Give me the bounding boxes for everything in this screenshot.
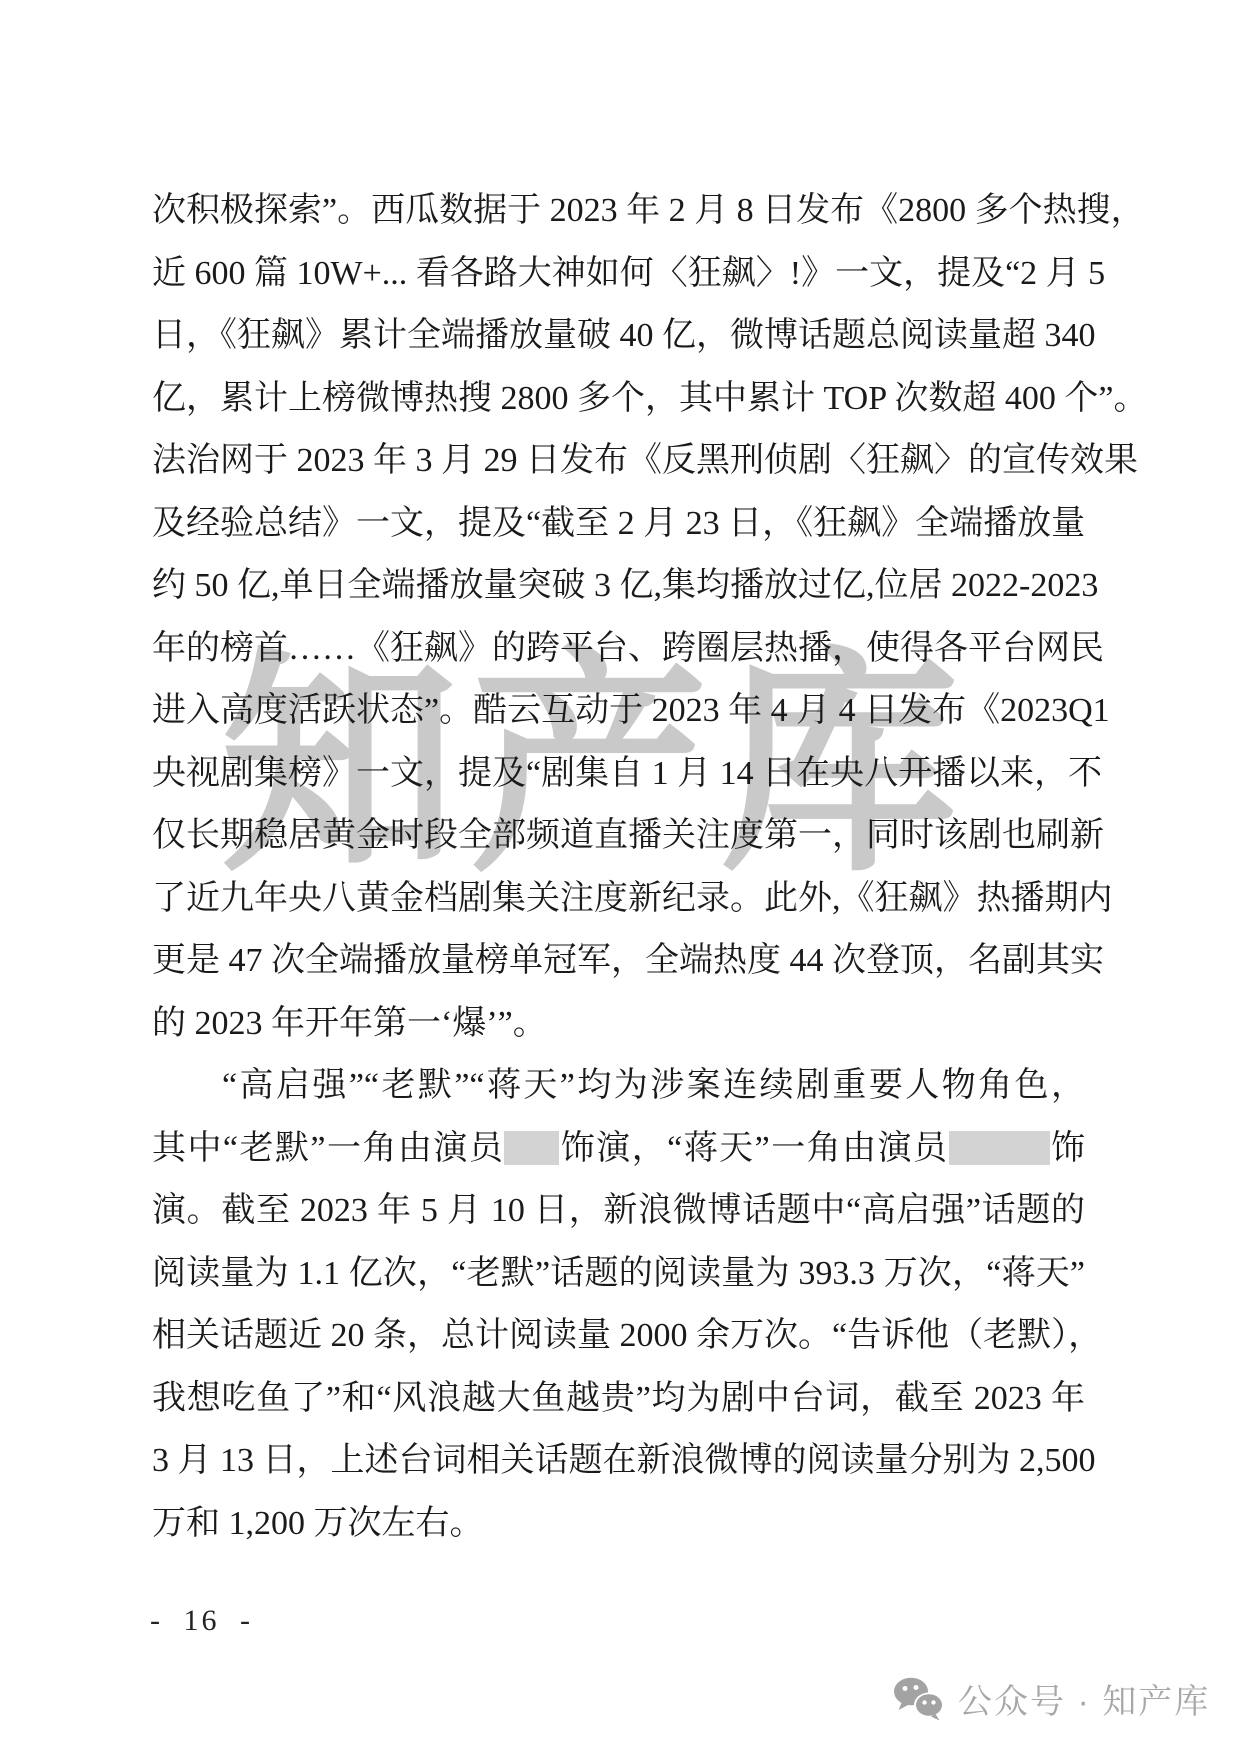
text-line: 进入高度活跃状态”。酷云互动于 2023 年 4 月 4 日发布《2023Q1 <box>152 680 1085 743</box>
wechat-icon <box>892 1676 946 1722</box>
text-line: 近 600 篇 10W+... 看各路大神如何〈狂飙〉!》一文，提及“2 月 5 <box>152 243 1085 306</box>
text-line: 万和 1,200 万次左右。 <box>152 1493 1085 1556</box>
text-line: “高启强”“老默”“蒋天”均为涉案连续剧重要人物角色， <box>152 1055 1085 1118</box>
footer-label: 公众号 · 知产库 <box>958 1674 1210 1723</box>
text-line: 演。截至 2023 年 5 月 10 日，新浪微博话题中“高启强”话题的 <box>152 1180 1085 1243</box>
text-line: 相关话题近 20 条，总计阅读量 2000 余万次。“告诉他（老默）， <box>152 1305 1085 1368</box>
redaction-box-actor-2 <box>949 1131 1050 1165</box>
text-segment: 其中“老默”一角由演员 <box>152 1130 504 1167</box>
paragraph-1: 次积极探索”。西瓜数据于 2023 年 2 月 8 日发布《2800 多个热搜，… <box>152 180 1085 1055</box>
paragraph-2: “高启强”“老默”“蒋天”均为涉案连续剧重要人物角色， 其中“老默”一角由演员饰… <box>152 1055 1085 1555</box>
text-line: 及经验总结》一文，提及“截至 2 月 23 日，《狂飙》全端播放量 <box>152 493 1085 556</box>
text-line: 了近九年央八黄金档剧集关注度新纪录。此外,《狂飙》热播期内 <box>152 868 1085 931</box>
document-body: 次积极探索”。西瓜数据于 2023 年 2 月 8 日发布《2800 多个热搜，… <box>152 180 1085 1555</box>
page-number: - 16 - <box>150 1604 253 1638</box>
document-page: 知产库 次积极探索”。西瓜数据于 2023 年 2 月 8 日发布《2800 多… <box>0 0 1240 1753</box>
text-line: 亿，累计上榜微博热搜 2800 多个，其中累计 TOP 次数超 400 个”。 <box>152 368 1085 431</box>
text-line: 次积极探索”。西瓜数据于 2023 年 2 月 8 日发布《2800 多个热搜， <box>152 180 1085 243</box>
text-segment: 饰演，“蒋天”一角由演员 <box>559 1130 948 1167</box>
text-line: 年的榜首……《狂飙》的跨平台、跨圈层热播，使得各平台网民 <box>152 618 1085 681</box>
text-line: 法治网于 2023 年 3 月 29 日发布《反黑刑侦剧〈狂飙〉的宣传效果 <box>152 430 1085 493</box>
text-line: 央视剧集榜》一文，提及“剧集自 1 月 14 日在央八开播以来，不 <box>152 743 1085 806</box>
text-line: 3 月 13 日，上述台词相关话题在新浪微博的阅读量分别为 2,500 <box>152 1430 1085 1493</box>
text-line: 我想吃鱼了”和“风浪越大鱼越贵”均为剧中台词，截至 2023 年 <box>152 1368 1085 1431</box>
text-line: 更是 47 次全端播放量榜单冠军，全端热度 44 次登顶，名副其实 <box>152 930 1085 993</box>
footer-brand: 公众号 · 知产库 <box>892 1674 1210 1723</box>
redaction-box-actor-1 <box>504 1131 559 1165</box>
text-line: 阅读量为 1.1 亿次，“老默”话题的阅读量为 393.3 万次，“蒋天” <box>152 1243 1085 1306</box>
text-segment: 饰 <box>1050 1130 1085 1167</box>
text-line: 仅长期稳居黄金时段全部频道直播关注度第一，同时该剧也刷新 <box>152 805 1085 868</box>
text-line-with-redactions: 其中“老默”一角由演员饰演，“蒋天”一角由演员饰 <box>152 1118 1085 1181</box>
text-line: 的 2023 年开年第一‘爆’”。 <box>152 993 1085 1056</box>
text-line: 日，《狂飙》累计全端播放量破 40 亿，微博话题总阅读量超 340 <box>152 305 1085 368</box>
text-line: 约 50 亿,单日全端播放量突破 3 亿,集均播放过亿,位居 2022-2023 <box>152 555 1085 618</box>
